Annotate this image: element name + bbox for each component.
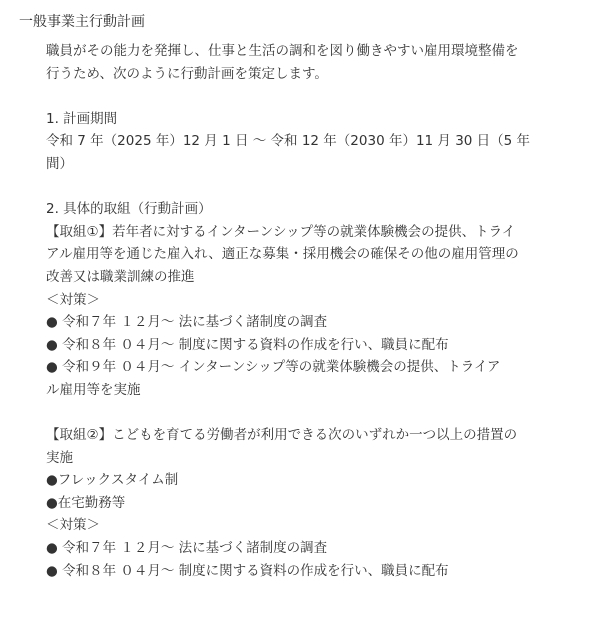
intro-line: 行うため、次のように行動計画を策定します。 [46, 63, 546, 86]
section-heading-measures: 2. 具体的取組（行動計画） [46, 198, 546, 221]
measure1-action-item: ● 令和８年 ０４月～ 制度に関する資料の作成を行い、職員に配布 [46, 334, 546, 357]
spacer [46, 85, 546, 108]
document-title: 一般事業主行動計画 [19, 12, 145, 32]
measure1-text: アル雇用等を通じた雇入れ、適正な募集・採用機会の確保その他の雇用管理の [46, 243, 546, 266]
period-text: 間） [46, 153, 546, 176]
measure1-actions-label: ＜対策＞ [46, 289, 546, 312]
measure1-action-item: ● 令和９年 ０４月～ インターンシップ等の就業体験機会の提供、トライア [46, 356, 546, 379]
period-text: 令和 7 年（2025 年）12 月 1 日 ～ 令和 12 年（2030 年）… [46, 130, 546, 153]
measure2-text: 実施 [46, 447, 546, 470]
measure1-text: 【取組①】若年者に対するインターンシップ等の就業体験機会の提供、トライ [46, 221, 546, 244]
measure2-action-item: ● 令和８年 ０４月～ 制度に関する資料の作成を行い、職員に配布 [46, 560, 546, 583]
spacer [46, 176, 546, 199]
measure2-text: 【取組②】こどもを育てる労働者が利用できる次のいずれか一つ以上の措置の [46, 424, 546, 447]
spacer [46, 402, 546, 425]
measure2-actions-label: ＜対策＞ [46, 514, 546, 537]
measure1-text: 改善又は職業訓練の推進 [46, 266, 546, 289]
section-heading-period: 1. 計画期間 [46, 108, 546, 131]
measure2-option: ●在宅勤務等 [46, 492, 546, 515]
measure2-option: ●フレックスタイム制 [46, 469, 546, 492]
measure1-action-item: ● 令和７年 １２月～ 法に基づく諸制度の調査 [46, 311, 546, 334]
measure1-action-item: ル雇用等を実施 [46, 379, 546, 402]
measure2-action-item: ● 令和７年 １２月～ 法に基づく諸制度の調査 [46, 537, 546, 560]
document-body: 職員がその能力を発揮し、仕事と生活の調和を図り働きやすい雇用環境整備を 行うため… [46, 40, 546, 582]
intro-line: 職員がその能力を発揮し、仕事と生活の調和を図り働きやすい雇用環境整備を [46, 40, 546, 63]
